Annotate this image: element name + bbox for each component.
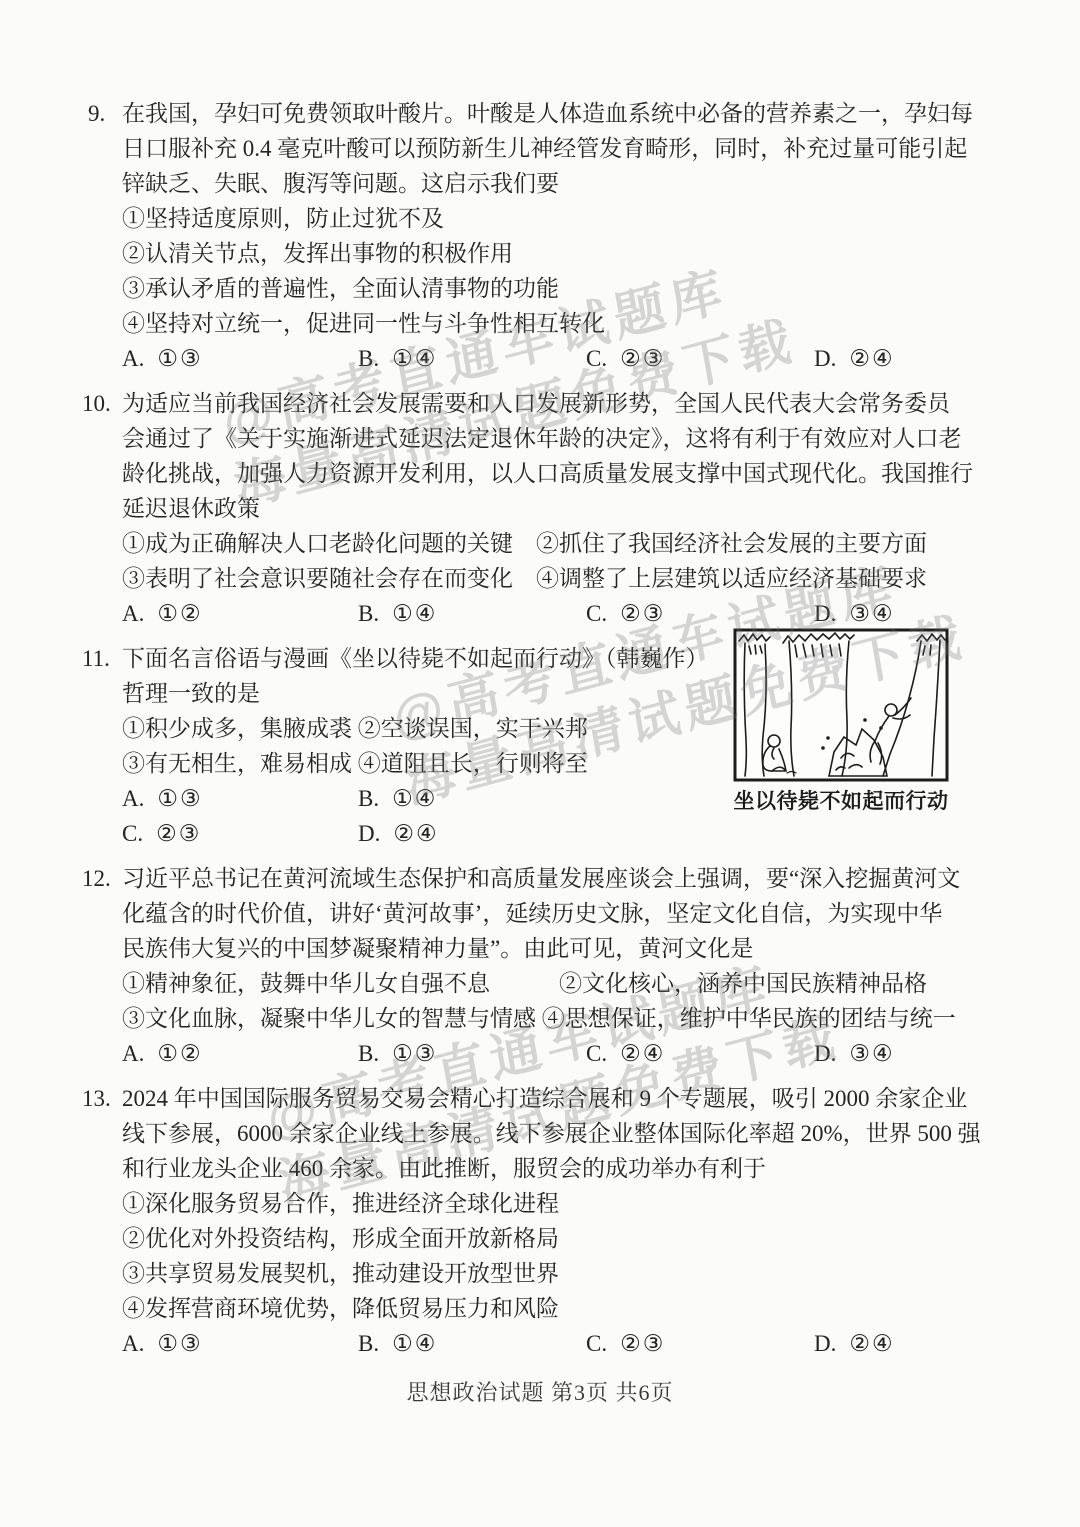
exam-page: @高考直通车试题库 海量高清试题免费下载 @高考直通车试题库 海量高清试题免费下… xyxy=(0,0,1080,1527)
stem-line: 习近平总书记在黄河流域生态保护和高质量发展座谈会上强调，要“深入挖掘黄河文 xyxy=(122,861,992,896)
stem-line: 民族伟大复兴的中国梦凝聚精神力量”。由此可见，黄河文化是 xyxy=(122,931,992,966)
option-statements-3-4: ③表明了社会意识要随社会存在而变化 ④调整了上层建筑以适应经济基础要求 xyxy=(122,561,992,596)
choice-d: D.③④ xyxy=(814,1036,992,1071)
question-9: 9. 在我国，孕妇可免费领取叶酸片。叶酸是人体造血系统中必备的营养素之一，孕妇每… xyxy=(122,96,992,376)
question-12: 12. 习近平总书记在黄河流域生态保护和高质量发展座谈会上强调，要“深入挖掘黄河… xyxy=(122,861,992,1071)
choice-a: A.①③ xyxy=(122,1326,358,1361)
question-number: 10. xyxy=(82,386,111,421)
option-statement-1: ①坚持适度原则，防止过犹不及 xyxy=(122,201,992,236)
choice-c: C.②③ xyxy=(586,1326,814,1361)
choice-b: B.①④ xyxy=(358,781,594,816)
option-statements-1-2: ①成为正确解决人口老龄化问题的关键 ②抓住了我国经济社会发展的主要方面 xyxy=(122,526,992,561)
stem-line: 2024 年中国国际服务贸易交易会精心打造综合展和 9 个专题展，吸引 2000… xyxy=(122,1081,992,1116)
option-statement-4: ④发挥营商环境优势，降低贸易压力和风险 xyxy=(122,1291,992,1326)
question-number: 9. xyxy=(88,96,105,131)
option-statements-1-2: ①精神象征，鼓舞中华儿女自强不息 ②文化核心，涵养中国民族精神品格 xyxy=(122,966,992,1001)
page-footer: 思想政治试题 第3页 共6页 xyxy=(0,1376,1080,1407)
option-statement-3: ③共享贸易发展契机，推动建设开放型世界 xyxy=(122,1256,992,1291)
choice-c: C.②④ xyxy=(586,1036,814,1071)
choice-a: A.①② xyxy=(122,1036,358,1071)
stem-line: 为适应当前我国经济社会发展需要和人口发展新形势，全国人民代表大会常务委员 xyxy=(122,386,992,421)
choice-b: B.①④ xyxy=(358,341,586,376)
stem-line: 日口服补充 0.4 毫克叶酸可以预防新生儿神经管发育畸形，同时，补充过量可能引起 xyxy=(122,131,992,166)
question-13: 13. 2024 年中国国际服务贸易交易会精心打造综合展和 9 个专题展，吸引 … xyxy=(122,1081,992,1361)
choice-d: D.②④ xyxy=(358,816,594,851)
option-statement-2: ②认清关节点，发挥出事物的积极作用 xyxy=(122,236,992,271)
choice-d: D.③④ xyxy=(814,596,992,631)
stem-line: 和行业龙头企业 460 余家。由此推断，服贸会的成功举办有利于 xyxy=(122,1151,992,1186)
answer-choices-row: A.①③ B.①④ C.②③ D.②④ xyxy=(122,341,992,376)
choice-c: C.②③ xyxy=(586,596,814,631)
stem-line: 龄化挑战，加强人力资源开发利用，以人口高质量发展支撑中国式现代化。我国推行 xyxy=(122,456,992,491)
choice-a: A.①③ xyxy=(122,781,358,816)
answer-choices-row: A.①② B.①④ C.②③ D.③④ xyxy=(122,596,992,631)
choice-b: B.①④ xyxy=(358,596,586,631)
question-number: 11. xyxy=(82,641,110,676)
choice-a: A.①② xyxy=(122,596,358,631)
stem-line: 锌缺乏、失眠、腹泻等问题。这启示我们要 xyxy=(122,166,992,201)
choice-d: D.②④ xyxy=(814,341,992,376)
stem-line: 延迟退休政策 xyxy=(122,491,992,526)
choice-b: B.①④ xyxy=(358,1326,586,1361)
cartoon-figure: 坐以待毙不如起而行动 xyxy=(733,628,949,815)
choice-d: D.②④ xyxy=(814,1326,992,1361)
question-10: 10. 为适应当前我国经济社会发展需要和人口发展新形势，全国人民代表大会常务委员… xyxy=(122,386,992,631)
answer-choices-row: A.①③ B.①④ C.②③ D.②④ xyxy=(122,1326,992,1361)
option-statement-3: ③承认矛盾的普遍性，全面认清事物的功能 xyxy=(122,271,992,306)
cartoon-drawing-pits-icon xyxy=(733,628,949,782)
question-number: 13. xyxy=(82,1081,111,1116)
cartoon-caption: 坐以待毙不如起而行动 xyxy=(733,785,949,815)
stem-line: 化蕴含的时代价值，讲好‘黄河故事’，延续历史文脉，坚定文化自信，为实现中华 xyxy=(122,896,992,931)
stem-line: 在我国，孕妇可免费领取叶酸片。叶酸是人体造血系统中必备的营养素之一，孕妇每 xyxy=(122,96,992,131)
option-statements-3-4: ③文化血脉，凝聚中华儿女的智慧与情感 ④思想保证，维护中华民族的团结与统一 xyxy=(122,1001,992,1036)
choice-c: C.②③ xyxy=(122,816,358,851)
option-statement-4: ④坚持对立统一，促进同一性与斗争性相互转化 xyxy=(122,306,992,341)
question-number: 12. xyxy=(82,861,111,896)
option-statement-2: ②优化对外投资结构，形成全面开放新格局 xyxy=(122,1221,992,1256)
option-statement-1: ①深化服务贸易合作，推进经济全球化进程 xyxy=(122,1186,992,1221)
choice-c: C.②③ xyxy=(586,341,814,376)
answer-choices-row: A.①② B.①③ C.②④ D.③④ xyxy=(122,1036,992,1071)
choice-a: A.①③ xyxy=(122,341,358,376)
stem-line: 会通过了《关于实施渐进式延迟法定退休年龄的决定》，这将有利于有效应对人口老 xyxy=(122,421,992,456)
answer-choices-row: C.②③ D.②④ xyxy=(122,816,992,851)
choice-b: B.①③ xyxy=(358,1036,586,1071)
stem-line: 线下参展，6000 余家企业线上参展。线下参展企业整体国际化率超 20%，世界 … xyxy=(122,1116,992,1151)
